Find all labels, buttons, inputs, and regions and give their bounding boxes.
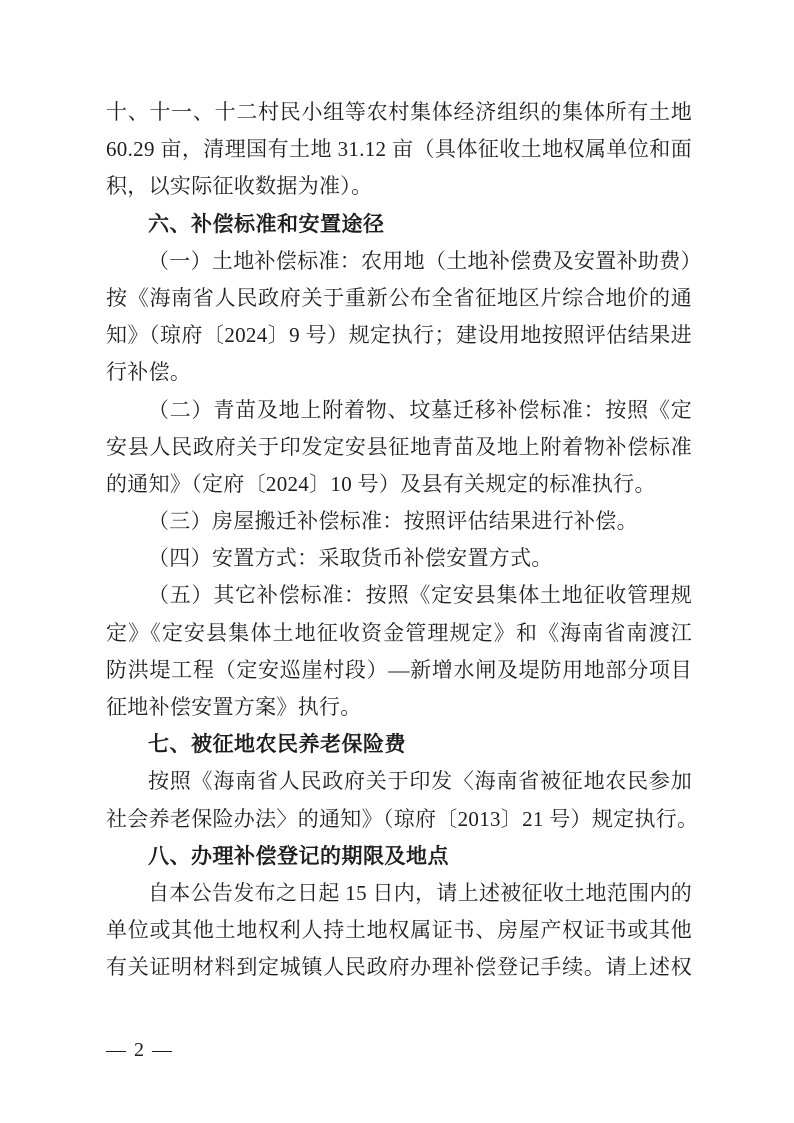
text-line: （五）其它补偿标准：按照《定安县集体土地征收管理规	[106, 577, 692, 614]
section-heading: 七、被征地农民养老保险费	[106, 726, 692, 763]
text-line: 十、十一、十二村民小组等农村集体经济组织的集体所有土地	[106, 94, 692, 131]
paragraph: （四）安置方式：采取货币补偿安置方式。	[106, 540, 692, 577]
text-line: 定》《定安县集体土地征收资金管理规定》和《海南省南渡江	[106, 615, 692, 652]
text-line: （四）安置方式：采取货币补偿安置方式。	[106, 540, 692, 577]
section-heading: 六、补偿标准和安置途径	[106, 206, 692, 243]
text-line: 安县人民政府关于印发定安县征地青苗及地上附着物补偿标准	[106, 429, 692, 466]
text-line: 按照《海南省人民政府关于印发〈海南省被征地农民参加	[106, 763, 692, 800]
text-line: 知》（琼府〔2024〕9 号）规定执行；建设用地按照评估结果进	[106, 317, 692, 354]
paragraph: （三）房屋搬迁补偿标准：按照评估结果进行补偿。	[106, 503, 692, 540]
text-line: 积，以实际征收数据为准）。	[106, 168, 692, 205]
document-page: 十、十一、十二村民小组等农村集体经济组织的集体所有土地60.29 亩，清理国有土…	[0, 0, 794, 1123]
paragraph: 十、十一、十二村民小组等农村集体经济组织的集体所有土地60.29 亩，清理国有土…	[106, 94, 692, 206]
text-line: 单位或其他土地权利人持土地权属证书、房屋产权证书或其他	[106, 912, 692, 949]
text-line: 八、办理补偿登记的期限及地点	[106, 838, 692, 875]
page-footer: — 2 —	[106, 1036, 174, 1064]
text-line: 七、被征地农民养老保险费	[106, 726, 692, 763]
text-line: 防洪堤工程（定安巡崖村段）—新增水闸及堤防用地部分项目	[106, 652, 692, 689]
paragraph: （五）其它补偿标准：按照《定安县集体土地征收管理规定》《定安县集体土地征收资金管…	[106, 577, 692, 726]
paragraph: 按照《海南省人民政府关于印发〈海南省被征地农民参加社会养老保险办法〉的通知》（琼…	[106, 763, 692, 837]
paragraph: 自本公告发布之日起 15 日内，请上述被征收土地范围内的单位或其他土地权利人持土…	[106, 875, 692, 987]
paragraph: （二）青苗及地上附着物、坟墓迁移补偿标准：按照《定安县人民政府关于印发定安县征地…	[106, 392, 692, 504]
section-heading: 八、办理补偿登记的期限及地点	[106, 838, 692, 875]
text-line: 自本公告发布之日起 15 日内，请上述被征收土地范围内的	[106, 875, 692, 912]
text-line: 有关证明材料到定城镇人民政府办理补偿登记手续。请上述权	[106, 949, 692, 986]
text-line: 六、补偿标准和安置途径	[106, 206, 692, 243]
text-line: 按《海南省人民政府关于重新公布全省征地区片综合地价的通	[106, 280, 692, 317]
text-line: 社会养老保险办法〉的通知》（琼府〔2013〕21 号）规定执行。	[106, 801, 692, 838]
text-line: 的通知》（定府〔2024〕10 号）及县有关规定的标准执行。	[106, 466, 692, 503]
paragraph: （一）土地补偿标准：农用地（土地补偿费及安置补助费）按《海南省人民政府关于重新公…	[106, 243, 692, 392]
text-line: 征地补偿安置方案》执行。	[106, 689, 692, 726]
document-content: 十、十一、十二村民小组等农村集体经济组织的集体所有土地60.29 亩，清理国有土…	[106, 94, 692, 987]
text-line: 行补偿。	[106, 354, 692, 391]
text-line: （二）青苗及地上附着物、坟墓迁移补偿标准：按照《定	[106, 392, 692, 429]
text-line: 60.29 亩，清理国有土地 31.12 亩（具体征收土地权属单位和面	[106, 131, 692, 168]
page-number: — 2 —	[106, 1039, 174, 1061]
text-line: （三）房屋搬迁补偿标准：按照评估结果进行补偿。	[106, 503, 692, 540]
text-line: （一）土地补偿标准：农用地（土地补偿费及安置补助费）	[106, 243, 692, 280]
